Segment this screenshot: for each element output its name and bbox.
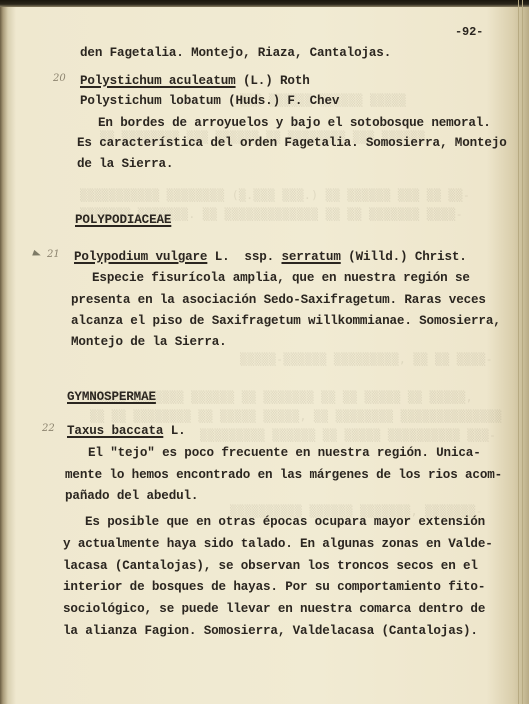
species-heading: Polypodium vulgare L. ssp. serratum (Wil…: [74, 250, 467, 264]
subspecies-name: serratum: [281, 250, 340, 264]
subspecies-author: (Willd.) Christ.: [348, 250, 467, 264]
description-line: Es característica del orden Fagetalia. S…: [77, 136, 507, 150]
page-edge-line: [518, 0, 519, 704]
section-heading: GYMNOSPERMAE: [67, 390, 156, 404]
description-line: Montejo de la Sierra.: [71, 335, 227, 349]
bleed-through: ▒▒▒▒▒▒▒▒▒▒▒ ▒▒▒▒▒▒▒▒ (▒.▒▒▒ ▒▒▒.) ▒▒ ▒▒▒…: [80, 188, 470, 202]
description-line: Es posible que en otras épocas ocupara m…: [85, 515, 485, 529]
species-name: Polypodium vulgare: [74, 250, 207, 264]
description-line: En bordes de arroyuelos y bajo el sotobo…: [98, 116, 491, 130]
description-line: de la Sierra.: [77, 157, 173, 171]
margin-number: 20: [53, 73, 66, 84]
bleed-through: ▒▒▒▒▒-▒▒▒▒▒▒ ▒▒▒▒▒▒▒▒▒, ▒▒ ▒▒ ▒▒▒▒-: [240, 352, 493, 366]
species-name: Taxus baccata: [67, 424, 163, 438]
description-line: y actualmente haya sido talado. En algun…: [63, 537, 493, 551]
species-author: L.: [215, 250, 230, 264]
bleed-through: ▒▒▒▒▒▒▒▒▒ ▒▒▒▒▒▒ ▒▒ ▒▒▒▒▒ ▒▒▒▒▒▒▒▒▒▒ ▒▒▒…: [200, 428, 496, 442]
description-line: Especie fisurícola amplia, que en nuestr…: [92, 271, 470, 285]
bleed-through: ▒▒ ▒▒ ▒▒▒▒▒▒▒▒ ▒▒ ▒▒▒▒▒ ▒▒▒▒▒, ▒▒ ▒▒▒▒▒▒…: [90, 409, 502, 423]
description-line: presenta en la asociación Sedo-Saxifrage…: [71, 293, 486, 307]
margin-number: 22: [42, 423, 55, 434]
scan-top-edge: [0, 0, 529, 7]
description-line: interior de bosques de hayas. Por su com…: [63, 580, 485, 594]
document-page: ▒▒▒ ▒▒▒▒▒▒ ▒▒▒▒▒▒ ▒▒▒▒▒ ▒▒ ▒▒▒▒▒▒▒▒ ▒▒▒ …: [0, 0, 529, 704]
description-line: la alianza Fagion. Somosierra, Valdelaca…: [63, 624, 478, 638]
species-heading: Polystichum aculeatum (L.) Roth: [80, 74, 310, 88]
page-edge-line: [522, 0, 523, 704]
continuation-line: den Fagetalia. Montejo, Riaza, Cantaloja…: [80, 46, 391, 60]
description-line: lacasa (Cantalojas), se observan los tro…: [63, 559, 478, 573]
arrow-mark-icon: [32, 250, 42, 258]
species-author: (L.) Roth: [243, 74, 310, 88]
species-name: Polystichum aculeatum: [80, 74, 236, 88]
description-line: alcanza el piso de Saxifragetum willkomm…: [71, 314, 501, 328]
description-line: pañado del abedul.: [65, 489, 198, 503]
subspecies-label: ssp.: [244, 250, 274, 264]
margin-number: 21: [47, 249, 60, 260]
description-line: mente lo hemos encontrado en las márgene…: [65, 468, 502, 482]
species-synonym: Polystichum lobatum (Huds.) F. Chev: [80, 94, 339, 108]
section-heading: POLYPODIACEAE: [75, 213, 171, 227]
species-author: L.: [171, 424, 186, 438]
page-number: -92-: [455, 25, 483, 39]
description-line: sociológico, se puede llevar en nuestra …: [63, 602, 485, 616]
description-line: El "tejo" es poco frecuente en nuestra r…: [88, 446, 481, 460]
species-heading: Taxus baccata L.: [67, 424, 186, 438]
